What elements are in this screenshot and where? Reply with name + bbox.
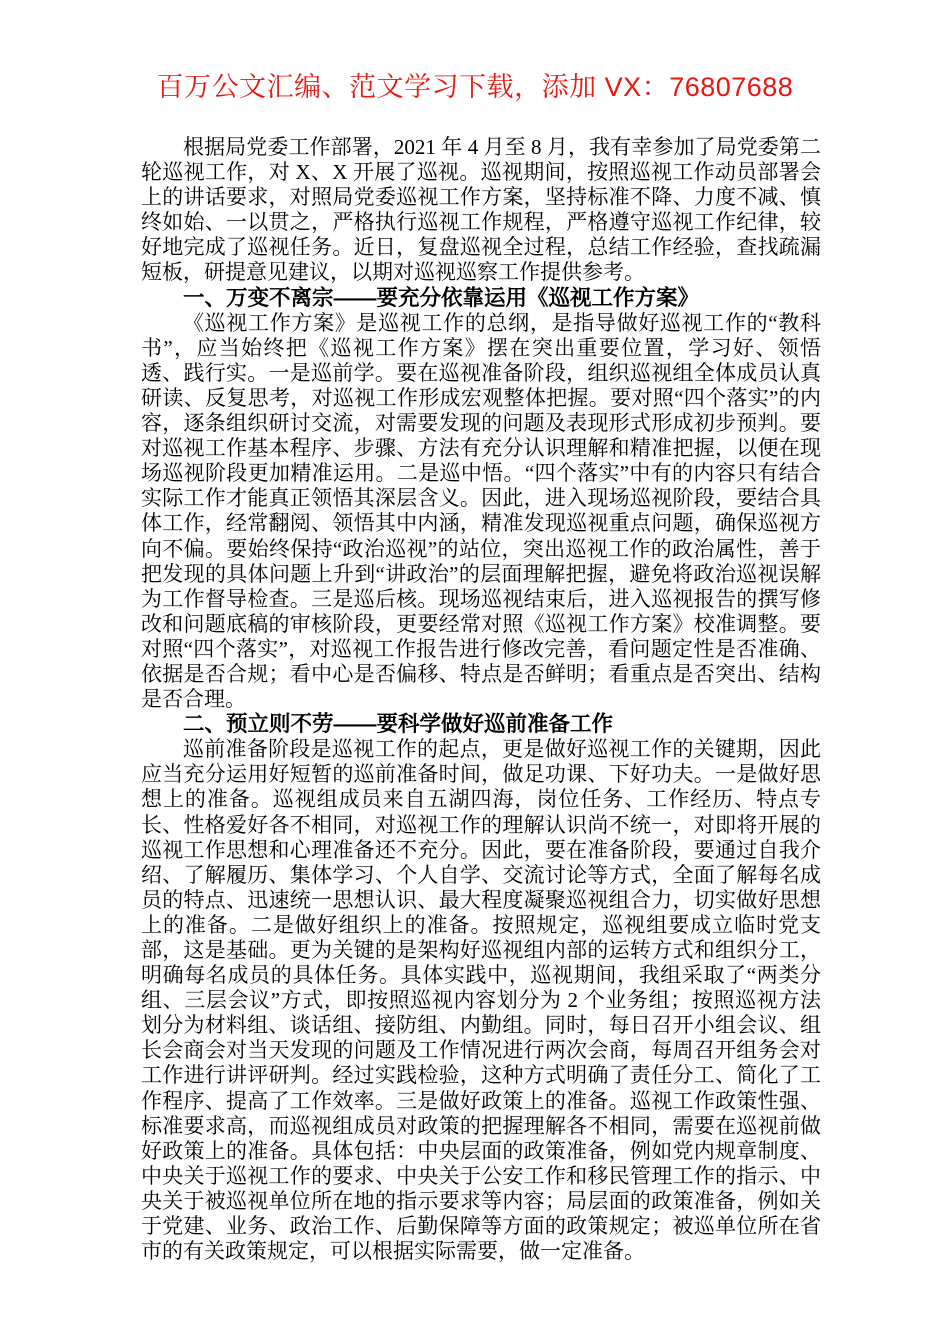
promo-text: 百万公文汇编、范文学习下载，添加 VX：76807688 bbox=[157, 72, 794, 102]
paragraph-section-1: 《巡视工作方案》是巡视工作的总纲，是指导做好巡视工作的“教科书”，应当始终把《巡… bbox=[141, 311, 821, 713]
paragraph-intro: 根据局党委工作部署，2021 年 4 月至 8 月，我有幸参加了局党委第二轮巡视… bbox=[141, 135, 821, 286]
promo-banner: 百万公文汇编、范文学习下载，添加 VX：76807688 bbox=[0, 0, 950, 104]
document-page: 百万公文汇编、范文学习下载，添加 VX：76807688 根据局党委工作部署，2… bbox=[0, 0, 950, 1344]
section-heading-2: 二、预立则不劳——要科学做好巡前准备工作 bbox=[141, 712, 821, 737]
document-content: 根据局党委工作部署，2021 年 4 月至 8 月，我有幸参加了局党委第二轮巡视… bbox=[141, 135, 821, 1264]
paragraph-section-2: 巡前准备阶段是巡视工作的起点，更是做好巡视工作的关键期，因此应当充分运用好短暂的… bbox=[141, 737, 821, 1264]
section-heading-1: 一、万变不离宗——要充分依靠运用《巡视工作方案》 bbox=[141, 286, 821, 311]
